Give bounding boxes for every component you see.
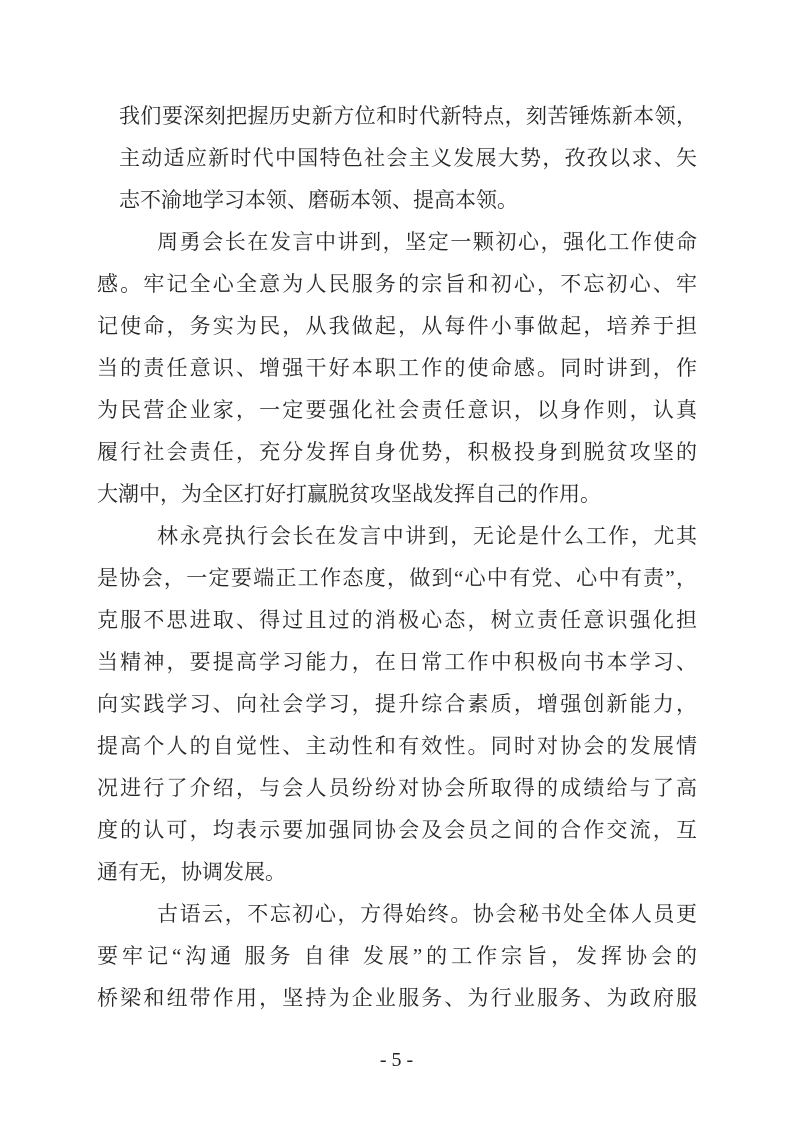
text-line: 向实践学习、向社会学习，提升综合素质，增强创新能力，	[97, 683, 697, 725]
text-line: 当的责任意识、增强干好本职工作的使命感。同时讲到，作	[97, 347, 697, 389]
text-line: 是协会，一定要端正工作态度，做到“心中有党、心中有责”，	[97, 557, 697, 599]
text-line: 感。牢记全心全意为人民服务的宗旨和初心，不忘初心、牢	[97, 263, 697, 305]
text-line: 桥梁和纽带作用，坚持为企业服务、为行业服务、为政府服	[97, 977, 697, 1019]
text-line: 况进行了介绍，与会人员纷纷对协会所取得的成绩给与了高	[97, 767, 697, 809]
text-line: 通有无，协调发展。	[97, 851, 697, 893]
text-line: 周勇会长在发言中讲到，坚定一颗初心，强化工作使命	[97, 221, 697, 263]
document-body: 我们要深刻把握历史新方位和时代新特点，刻苦锤炼新本领，主动适应新时代中国特色社会…	[97, 95, 697, 1019]
text-line: 林永亮执行会长在发言中讲到，无论是什么工作，尤其	[97, 515, 697, 557]
text-line: 志不渝地学习本领、磨砺本领、提高本领。	[119, 179, 697, 221]
text-line: 度的认可，均表示要加强同协会及会员之间的合作交流，互	[97, 809, 697, 851]
text-line: 古语云，不忘初心，方得始终。协会秘书处全体人员更	[97, 893, 697, 935]
text-line: 为民营企业家，一定要强化社会责任意识，以身作则，认真	[97, 389, 697, 431]
document-page: 我们要深刻把握历史新方位和时代新特点，刻苦锤炼新本领，主动适应新时代中国特色社会…	[0, 0, 793, 1122]
text-line: 克服不思进取、得过且过的消极心态，树立责任意识强化担	[97, 599, 697, 641]
text-line: 主动适应新时代中国特色社会主义发展大势，孜孜以求、矢	[119, 137, 697, 179]
text-line: 我们要深刻把握历史新方位和时代新特点，刻苦锤炼新本领，	[119, 95, 697, 137]
text-line: 大潮中，为全区打好打赢脱贫攻坚战发挥自己的作用。	[97, 473, 697, 515]
text-line: 记使命，务实为民，从我做起，从每件小事做起，培养于担	[97, 305, 697, 347]
text-line: 提高个人的自觉性、主动性和有效性。同时对协会的发展情	[97, 725, 697, 767]
text-line: 当精神，要提高学习能力，在日常工作中积极向书本学习、	[97, 641, 697, 683]
text-line: 要牢记“沟通 服务 自律 发展”的工作宗旨，发挥协会的	[97, 935, 697, 977]
page-number: - 5 -	[0, 1048, 793, 1072]
text-line: 履行社会责任，充分发挥自身优势，积极投身到脱贫攻坚的	[97, 431, 697, 473]
